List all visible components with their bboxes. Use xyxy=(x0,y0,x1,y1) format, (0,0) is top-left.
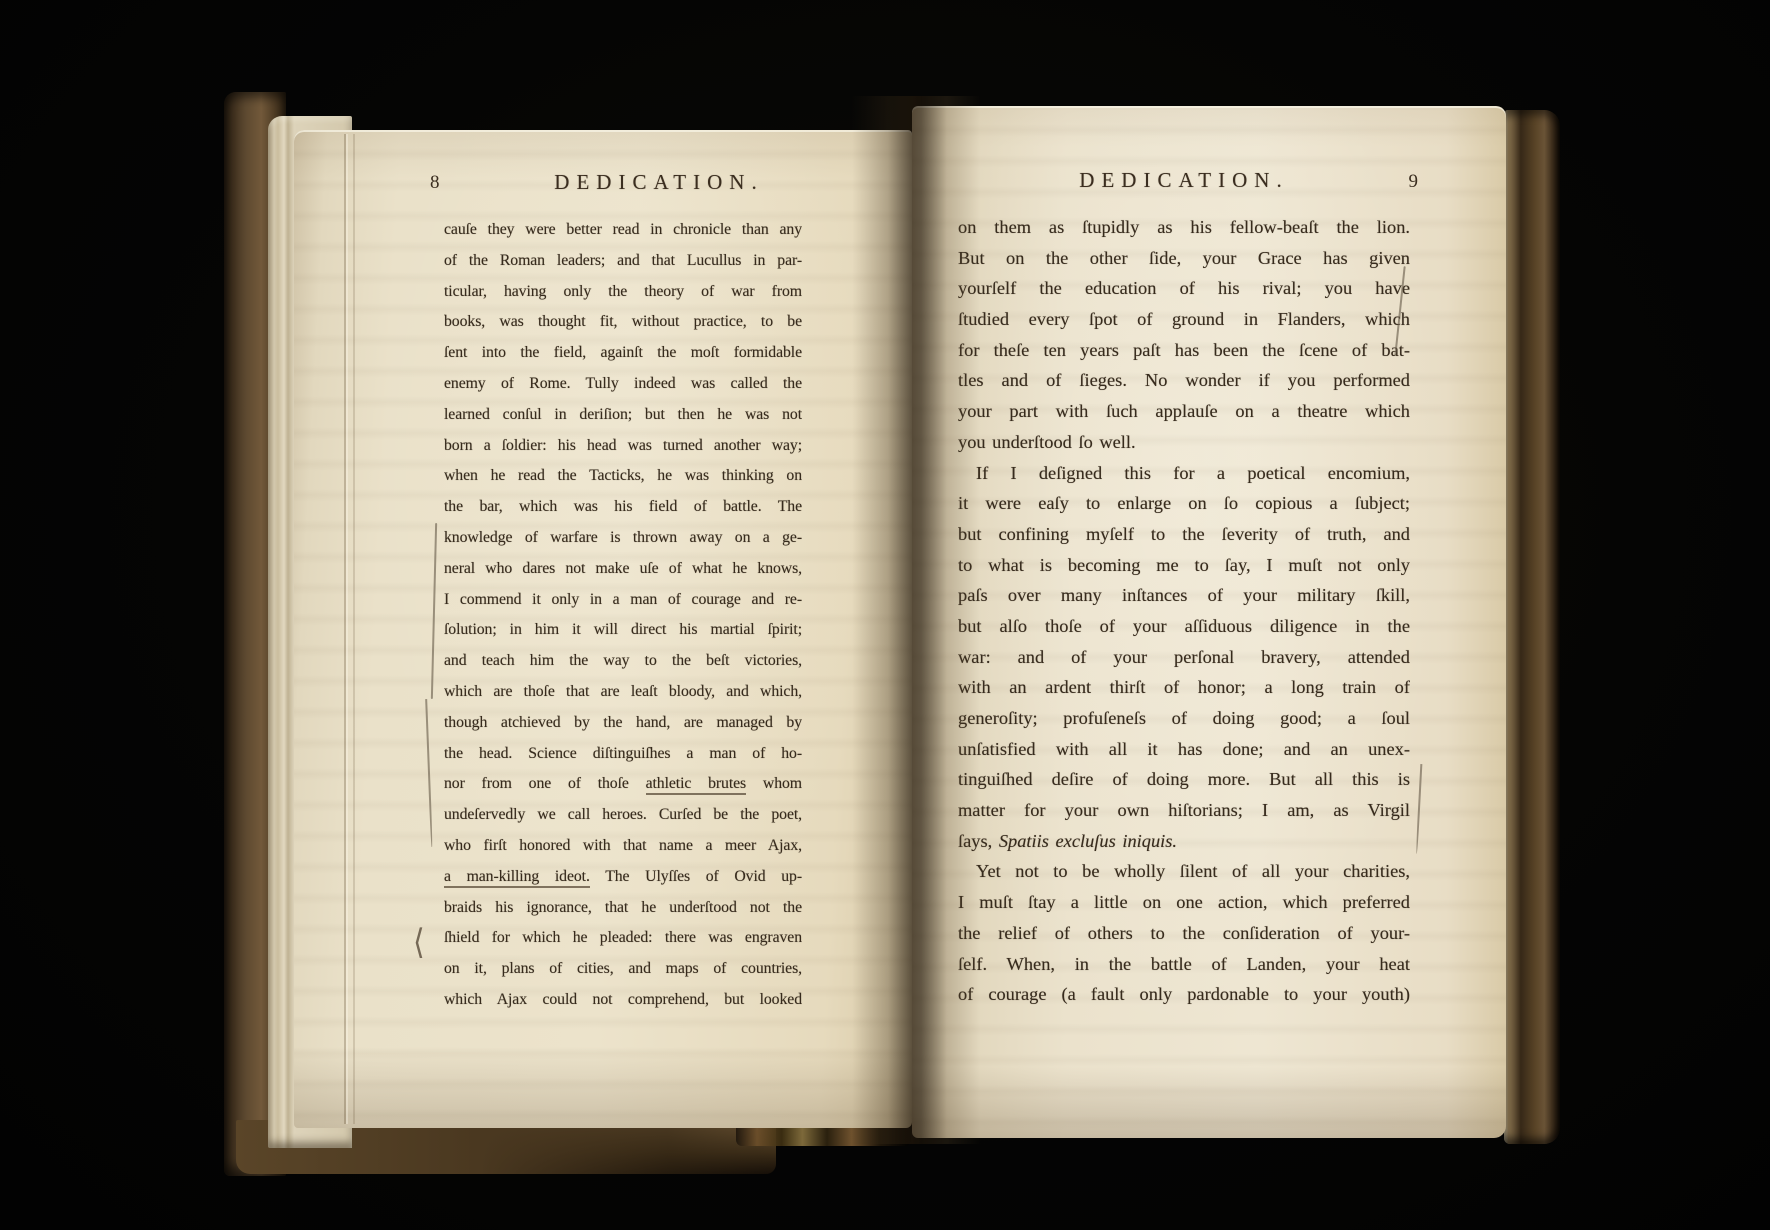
text-line: you underſtood ſo well. xyxy=(958,427,1410,458)
pencil-underlined-phrase: athletic brutes xyxy=(646,775,747,795)
text-segment: tles and of ſieges. No wonder if you per… xyxy=(958,370,1410,390)
text-segment: nor from one of thoſe xyxy=(444,775,646,792)
left-page-number: 8 xyxy=(430,172,460,194)
text-segment: on them as ſtupidly as his fellow-beaſt … xyxy=(958,217,1410,237)
text-segment: ticular, having only the theory of war f… xyxy=(444,283,802,300)
text-segment: yourſelf the education of his rival; you… xyxy=(958,278,1410,298)
text-segment: but confining myſelf to the ſeverity of … xyxy=(958,524,1410,544)
text-segment: the relief of others to the conſideratio… xyxy=(958,923,1410,943)
text-segment: I muſt ſtay a little on one action, whic… xyxy=(958,892,1410,912)
pencil-angle-bracket-mark: ⟨ xyxy=(413,926,425,961)
text-segment: which are thoſe that are leaſt bloody, a… xyxy=(444,683,802,700)
text-segment: generoſity; profuſeneſs of doing good; a… xyxy=(958,708,1410,728)
text-line: but confining myſelf to the ſeverity of … xyxy=(958,519,1410,550)
text-segment: of courage (a fault only pardonable to y… xyxy=(958,984,1410,1004)
text-line: the head. Science diſtinguiſhes a man of… xyxy=(444,739,802,770)
text-line: ſtudied every ſpot of ground in Flanders… xyxy=(958,304,1410,335)
text-segment: your part with ſuch applauſe on a theatr… xyxy=(958,401,1410,421)
right-page-number: 9 xyxy=(1384,171,1418,193)
text-segment: it were eaſy to enlarge on ſo copious a … xyxy=(958,493,1410,513)
text-segment: when he read the Tacticks, he was thinki… xyxy=(444,467,802,484)
text-segment: matter for your own hiſtorians; I am, as… xyxy=(958,800,1410,820)
text-segment: war: and of your perſonal bravery, atten… xyxy=(958,647,1410,667)
text-line: your part with ſuch applauſe on a theatr… xyxy=(958,396,1410,427)
text-segment: who firſt honored with that name a meer … xyxy=(444,837,802,854)
text-segment: If I deſigned this for a poetical encomi… xyxy=(976,463,1410,483)
text-line: paſs over many inſtances of your militar… xyxy=(958,580,1410,611)
text-line: of courage (a fault only pardonable to y… xyxy=(958,979,1410,1010)
text-line: books, was thought fit, without practice… xyxy=(444,307,802,338)
text-segment: whom xyxy=(746,775,802,792)
text-line: of the Roman leaders; and that Lucullus … xyxy=(444,246,802,277)
text-line: But on the other ſide, your Grace has gi… xyxy=(958,243,1410,274)
text-line: learned conſul in deriſion; but then he … xyxy=(444,400,802,431)
text-line: enemy of Rome. Tully indeed was called t… xyxy=(444,369,802,400)
text-segment: on it, plans of cities, and maps of coun… xyxy=(444,960,802,977)
text-segment: born a ſoldier: his head was turned anot… xyxy=(444,437,802,454)
text-segment: ſent into the field, againſt the moſt fo… xyxy=(444,344,802,361)
text-line: ſays, Spatiis excluſus iniquis. xyxy=(958,826,1410,857)
text-line: on them as ſtupidly as his fellow-beaſt … xyxy=(958,212,1410,243)
left-running-header: DEDICATION. xyxy=(489,170,829,195)
text-segment: neral who dares not make uſe of what he … xyxy=(444,560,802,577)
photo-of-open-book: 8 DEDICATION. cauſe they were better rea… xyxy=(0,0,1770,1230)
text-line: I commend it only in a man of courage an… xyxy=(444,585,802,616)
text-line: unſatisfied with all it has done; and an… xyxy=(958,734,1410,765)
text-line: ſelf. When, in the battle of Landen, you… xyxy=(958,949,1410,980)
text-segment: with an ardent thirſt of honor; a long t… xyxy=(958,677,1410,697)
text-line: the bar, which was his field of battle. … xyxy=(444,492,802,523)
text-segment: tinguiſhed deſire of doing more. But all… xyxy=(958,769,1410,789)
text-line: born a ſoldier: his head was turned anot… xyxy=(444,431,802,462)
text-line: neral who dares not make uſe of what he … xyxy=(444,554,802,585)
text-segment: you underſtood ſo well. xyxy=(958,432,1136,452)
text-segment: Yet not to be wholly ſilent of all your … xyxy=(976,861,1410,881)
text-line: ſent into the field, againſt the moſt fo… xyxy=(444,338,802,369)
text-segment: cauſe they were better read in chronicle… xyxy=(444,221,802,238)
text-line: ticular, having only the theory of war f… xyxy=(444,277,802,308)
text-line: I muſt ſtay a little on one action, whic… xyxy=(958,887,1410,918)
text-segment: ſolution; in him it will direct his mart… xyxy=(444,621,802,638)
latin-quotation: Spatiis excluſus iniquis. xyxy=(999,831,1177,851)
text-line: which are thoſe that are leaſt bloody, a… xyxy=(444,677,802,708)
right-page-lines: on them as ſtupidly as his fellow-beaſt … xyxy=(958,212,1410,1010)
text-segment: for theſe ten years paſt has been the ſc… xyxy=(958,340,1410,360)
text-segment: But on the other ſide, your Grace has gi… xyxy=(958,248,1410,268)
text-line: cauſe they were better read in chronicle… xyxy=(444,215,802,246)
text-line: If I deſigned this for a poetical encomi… xyxy=(958,458,1410,489)
pencil-underlined-phrase: a man-killing ideot. xyxy=(444,868,590,888)
text-line: generoſity; profuſeneſs of doing good; a… xyxy=(958,703,1410,734)
text-segment: ſays, xyxy=(958,831,999,851)
text-segment: but alſo thoſe of your aſſiduous diligen… xyxy=(958,616,1410,636)
text-line: and teach him the way to the beſt victor… xyxy=(444,646,802,677)
text-segment: of the Roman leaders; and that Lucullus … xyxy=(444,252,802,269)
text-segment: braids his ignorance, that he underſtood… xyxy=(444,899,802,916)
text-line: but alſo thoſe of your aſſiduous diligen… xyxy=(958,611,1410,642)
text-segment: knowledge of warfare is thrown away on a… xyxy=(444,529,802,546)
text-line: braids his ignorance, that he underſtood… xyxy=(444,893,802,924)
text-line: knowledge of warfare is thrown away on a… xyxy=(444,523,802,554)
text-line: when he read the Tacticks, he was thinki… xyxy=(444,461,802,492)
text-segment: I commend it only in a man of courage an… xyxy=(444,591,802,608)
text-line: tinguiſhed deſire of doing more. But all… xyxy=(958,764,1410,795)
text-line: a man-killing ideot. The Ulyſſes of Ovid… xyxy=(444,862,802,893)
text-segment: ſtudied every ſpot of ground in Flanders… xyxy=(958,309,1410,329)
text-line: nor from one of thoſe athletic brutes wh… xyxy=(444,769,802,800)
text-line: Yet not to be wholly ſilent of all your … xyxy=(958,856,1410,887)
text-line: ſolution; in him it will direct his mart… xyxy=(444,615,802,646)
text-segment: learned conſul in deriſion; but then he … xyxy=(444,406,802,423)
text-line: with an ardent thirſt of honor; a long t… xyxy=(958,672,1410,703)
text-line: war: and of your perſonal bravery, atten… xyxy=(958,642,1410,673)
text-segment: which Ajax could not comprehend, but loo… xyxy=(444,991,802,1008)
text-line: to what is becoming me to ſay, I muſt no… xyxy=(958,550,1410,581)
left-page-lines: cauſe they were better read in chronicle… xyxy=(444,215,802,1016)
text-segment: ſhield for which he pleaded: there was e… xyxy=(444,929,802,946)
text-line: on it, plans of cities, and maps of coun… xyxy=(444,954,802,985)
right-running-header: DEDICATION. xyxy=(958,168,1410,193)
text-line: yourſelf the education of his rival; you… xyxy=(958,273,1410,304)
text-segment: ſelf. When, in the battle of Landen, you… xyxy=(958,954,1410,974)
text-line: the relief of others to the conſideratio… xyxy=(958,918,1410,949)
text-line: undeſervedly we call heroes. Curſed be t… xyxy=(444,800,802,831)
text-line: matter for your own hiſtorians; I am, as… xyxy=(958,795,1410,826)
text-segment: enemy of Rome. Tully indeed was called t… xyxy=(444,375,802,392)
text-line: tles and of ſieges. No wonder if you per… xyxy=(958,365,1410,396)
text-line: who firſt honored with that name a meer … xyxy=(444,831,802,862)
text-segment: and teach him the way to the beſt victor… xyxy=(444,652,802,669)
text-segment: the head. Science diſtinguiſhes a man of… xyxy=(444,745,802,762)
text-segment: paſs over many inſtances of your militar… xyxy=(958,585,1410,605)
text-segment: books, was thought fit, without practice… xyxy=(444,313,802,330)
text-segment: the bar, which was his field of battle. … xyxy=(444,498,802,515)
text-line: though atchieved by the hand, are manage… xyxy=(444,708,802,739)
text-segment: undeſervedly we call heroes. Curſed be t… xyxy=(444,806,802,823)
text-line: which Ajax could not comprehend, but loo… xyxy=(444,985,802,1016)
text-line: ſhield for which he pleaded: there was e… xyxy=(444,923,802,954)
text-segment: The Ulyſſes of Ovid up- xyxy=(590,868,802,885)
left-page-crease xyxy=(344,134,358,1124)
text-segment: though atchieved by the hand, are manage… xyxy=(444,714,802,731)
text-line: it were eaſy to enlarge on ſo copious a … xyxy=(958,488,1410,519)
text-line: for theſe ten years paſt has been the ſc… xyxy=(958,335,1410,366)
text-segment: unſatisfied with all it has done; and an… xyxy=(958,739,1410,759)
text-segment: to what is becoming me to ſay, I muſt no… xyxy=(958,555,1410,575)
right-leather-board xyxy=(1504,110,1560,1144)
